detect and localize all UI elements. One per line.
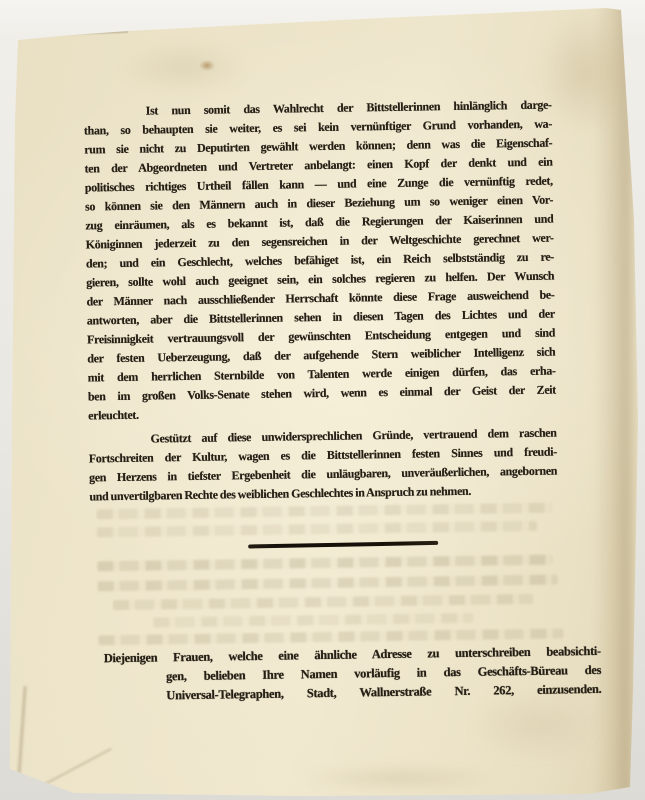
bleedthrough-texture: [97, 555, 552, 572]
body-paragraph-1: Ist nun somit das Wahlrecht der Bittstel…: [84, 96, 557, 426]
bleedthrough-texture: [113, 594, 533, 610]
body-paragraph-2: Gestützt auf diese unwidersprechlichen G…: [88, 424, 557, 507]
scanned-document-page: Ist nun somit das Wahlrecht der Bittstel…: [0, 0, 645, 800]
bleedthrough-texture: [153, 613, 473, 628]
bleedthrough-texture: [98, 575, 558, 592]
bleedthrough-texture: [97, 521, 537, 538]
printed-text-layer: Ist nun somit das Wahlrecht der Bittstel…: [0, 0, 645, 800]
section-divider-rule: [248, 541, 438, 549]
signing-notice-paragraph: Diejenigen Frauen, welche eine ähnliche …: [104, 642, 602, 706]
